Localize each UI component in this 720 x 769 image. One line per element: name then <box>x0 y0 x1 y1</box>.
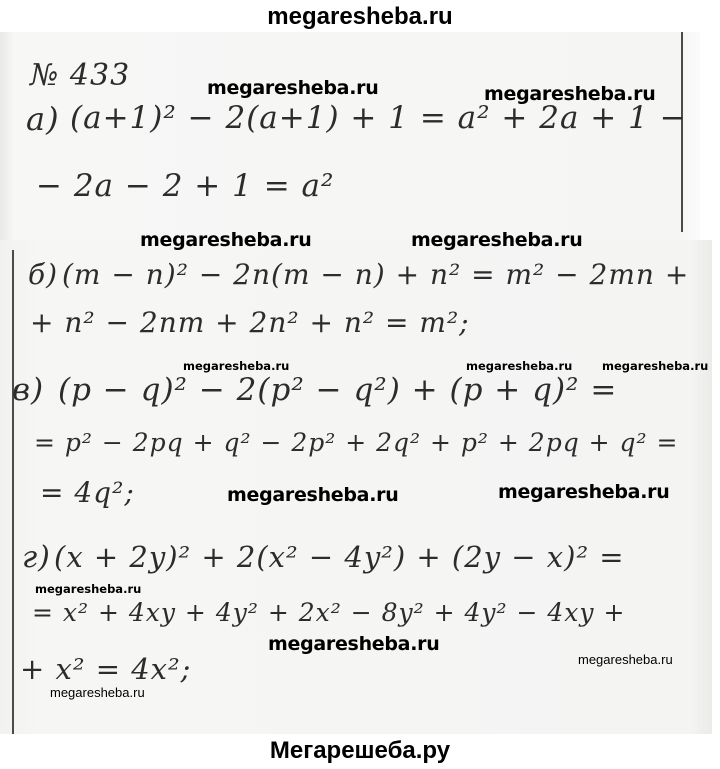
margin-line-left <box>12 250 14 734</box>
watermark: megaresheba.ru <box>183 359 289 373</box>
watermark: megaresheba.ru <box>227 484 398 506</box>
watermark: megaresheba.ru <box>498 481 669 503</box>
part-g-line-3: + x² = 4x²; <box>20 652 191 686</box>
watermark: megaresheba.ru <box>602 359 708 373</box>
watermark: megaresheba.ru <box>50 685 145 700</box>
part-v-line-3: = 4q²; <box>40 476 135 509</box>
part-g-label: г) <box>22 540 51 575</box>
site-footer: Мегарешеба.ру <box>0 734 720 769</box>
watermark: megaresheba.ru <box>140 229 311 251</box>
watermark: megaresheba.ru <box>207 77 378 99</box>
part-b-line-2: + n² − 2nm + 2n² + n² = m²; <box>30 306 470 339</box>
site-header: megaresheba.ru <box>0 0 720 36</box>
watermark: megaresheba.ru <box>484 83 655 105</box>
part-a-line-1: (a+1)² − 2(a+1) + 1 = a² + 2a + 1 − <box>70 100 687 136</box>
watermark: megaresheba.ru <box>268 633 439 655</box>
part-b-label: б) <box>28 258 58 291</box>
watermark: megaresheba.ru <box>578 652 673 667</box>
part-g-line-2: = x² + 4xy + 4y² + 2x² − 8y² + 4y² − 4xy… <box>32 598 625 627</box>
part-a-line-2: − 2a − 2 + 1 = a² <box>36 168 334 204</box>
part-b-line-1: (m − n)² − 2n(m − n) + n² = m² − 2mn + <box>62 258 689 291</box>
part-v-line-1: (p − q)² − 2(p² − q²) + (p + q)² = <box>58 372 617 408</box>
watermark: megaresheba.ru <box>411 229 582 251</box>
part-v-line-2: = p² − 2pq + q² − 2p² + 2q² + p² + 2pq +… <box>34 428 678 457</box>
part-g-line-1: (x + 2y)² + 2(x² − 4y²) + (2y − x)² = <box>54 540 625 574</box>
part-v-label: в) <box>12 372 44 408</box>
part-a-label: а) <box>26 100 60 138</box>
problem-number: № 433 <box>30 58 130 93</box>
watermark: megaresheba.ru <box>35 582 141 596</box>
watermark: megaresheba.ru <box>466 359 572 373</box>
